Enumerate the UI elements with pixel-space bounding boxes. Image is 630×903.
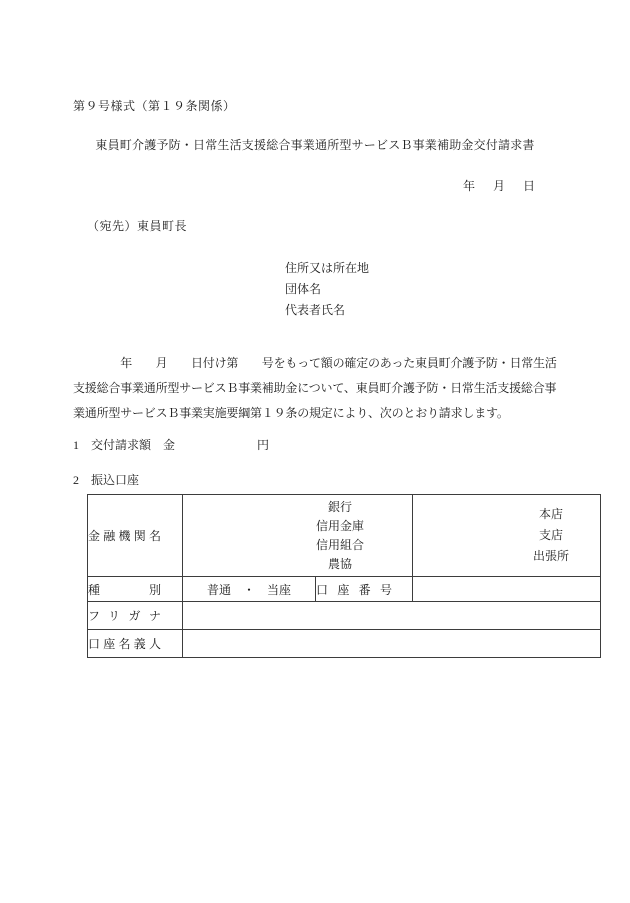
form-number: 第９号様式（第１９条関係） — [73, 97, 236, 114]
body-line: 年 月 日付け第 号をもって額の確定のあった東員町介護予防・日常生活 — [73, 356, 557, 370]
bank-type-option: 信用組合 — [268, 536, 412, 555]
account-type-options-cell: 普通 ・ 当座 — [183, 577, 316, 602]
branch-input-cell: 本店 支店 出張所 — [413, 495, 601, 577]
bank-type-options: 銀行 信用金庫 信用組合 農協 — [268, 498, 412, 574]
applicant-address-label: 住所又は所在地 — [285, 258, 369, 279]
applicant-block: 住所又は所在地 団体名 代表者氏名 — [285, 258, 369, 321]
furigana-label-cell: フリガナ — [88, 602, 183, 630]
branch-type-option: 出張所 — [502, 546, 600, 567]
account-number-input-cell — [413, 577, 601, 602]
addressee: （宛先）東員町長 — [87, 217, 187, 234]
yen-unit-label: 円 — [257, 436, 269, 453]
branch-type-option: 支店 — [502, 525, 600, 546]
body-line: 業通所型サービスＢ事業実施要綱第１９条の規定により、次のとおり請求します。 — [73, 406, 509, 420]
account-holder-label: 口座名義人 — [88, 635, 161, 652]
branch-type-option: 本店 — [502, 504, 600, 525]
applicant-representative-label: 代表者氏名 — [285, 300, 369, 321]
document-title: 東員町介護予防・日常生活支援総合事業通所型サービスＢ事業補助金交付請求書 — [0, 136, 630, 153]
account-holder-label-cell: 口座名義人 — [88, 630, 183, 658]
table-row-furigana: フリガナ — [88, 602, 601, 630]
account-number-label-cell: 口座番号 — [316, 577, 413, 602]
date-line: 年 月 日 — [463, 177, 538, 194]
document-page: 第９号様式（第１９条関係） 東員町介護予防・日常生活支援総合事業通所型サービスＢ… — [0, 0, 630, 903]
financial-institution-label: 金融機関名 — [88, 527, 161, 544]
body-line: 支援総合事業通所型サービスＢ事業補助金について、東員町介護予防・日常生活支援総合… — [73, 381, 556, 395]
bank-type-option: 信用金庫 — [268, 517, 412, 536]
table-row-account-type: 種別 普通 ・ 当座 口座番号 — [88, 577, 601, 602]
account-holder-input-cell — [183, 630, 601, 658]
account-number-label: 口座番号 — [316, 581, 392, 598]
request-amount-label: 1 交付請求額 金 — [73, 436, 175, 453]
transfer-account-table: 金融機関名 銀行 信用金庫 信用組合 農協 本店 支店 出張所 種別 — [87, 494, 601, 658]
financial-institution-label-cell: 金融機関名 — [88, 495, 183, 577]
applicant-organization-label: 団体名 — [285, 279, 369, 300]
bank-type-option: 農協 — [268, 555, 412, 574]
account-type-label: 種別 — [88, 581, 161, 598]
furigana-input-cell — [183, 602, 601, 630]
furigana-label: フリガナ — [88, 607, 161, 624]
branch-type-options: 本店 支店 出張所 — [502, 504, 600, 567]
bank-type-option: 銀行 — [268, 498, 412, 517]
financial-institution-input-cell: 銀行 信用金庫 信用組合 農協 — [183, 495, 413, 577]
table-row-financial-institution: 金融機関名 銀行 信用金庫 信用組合 農協 本店 支店 出張所 — [88, 495, 601, 577]
table-row-account-holder: 口座名義人 — [88, 630, 601, 658]
transfer-account-heading: 2 振込口座 — [73, 471, 139, 488]
account-type-label-cell: 種別 — [88, 577, 183, 602]
